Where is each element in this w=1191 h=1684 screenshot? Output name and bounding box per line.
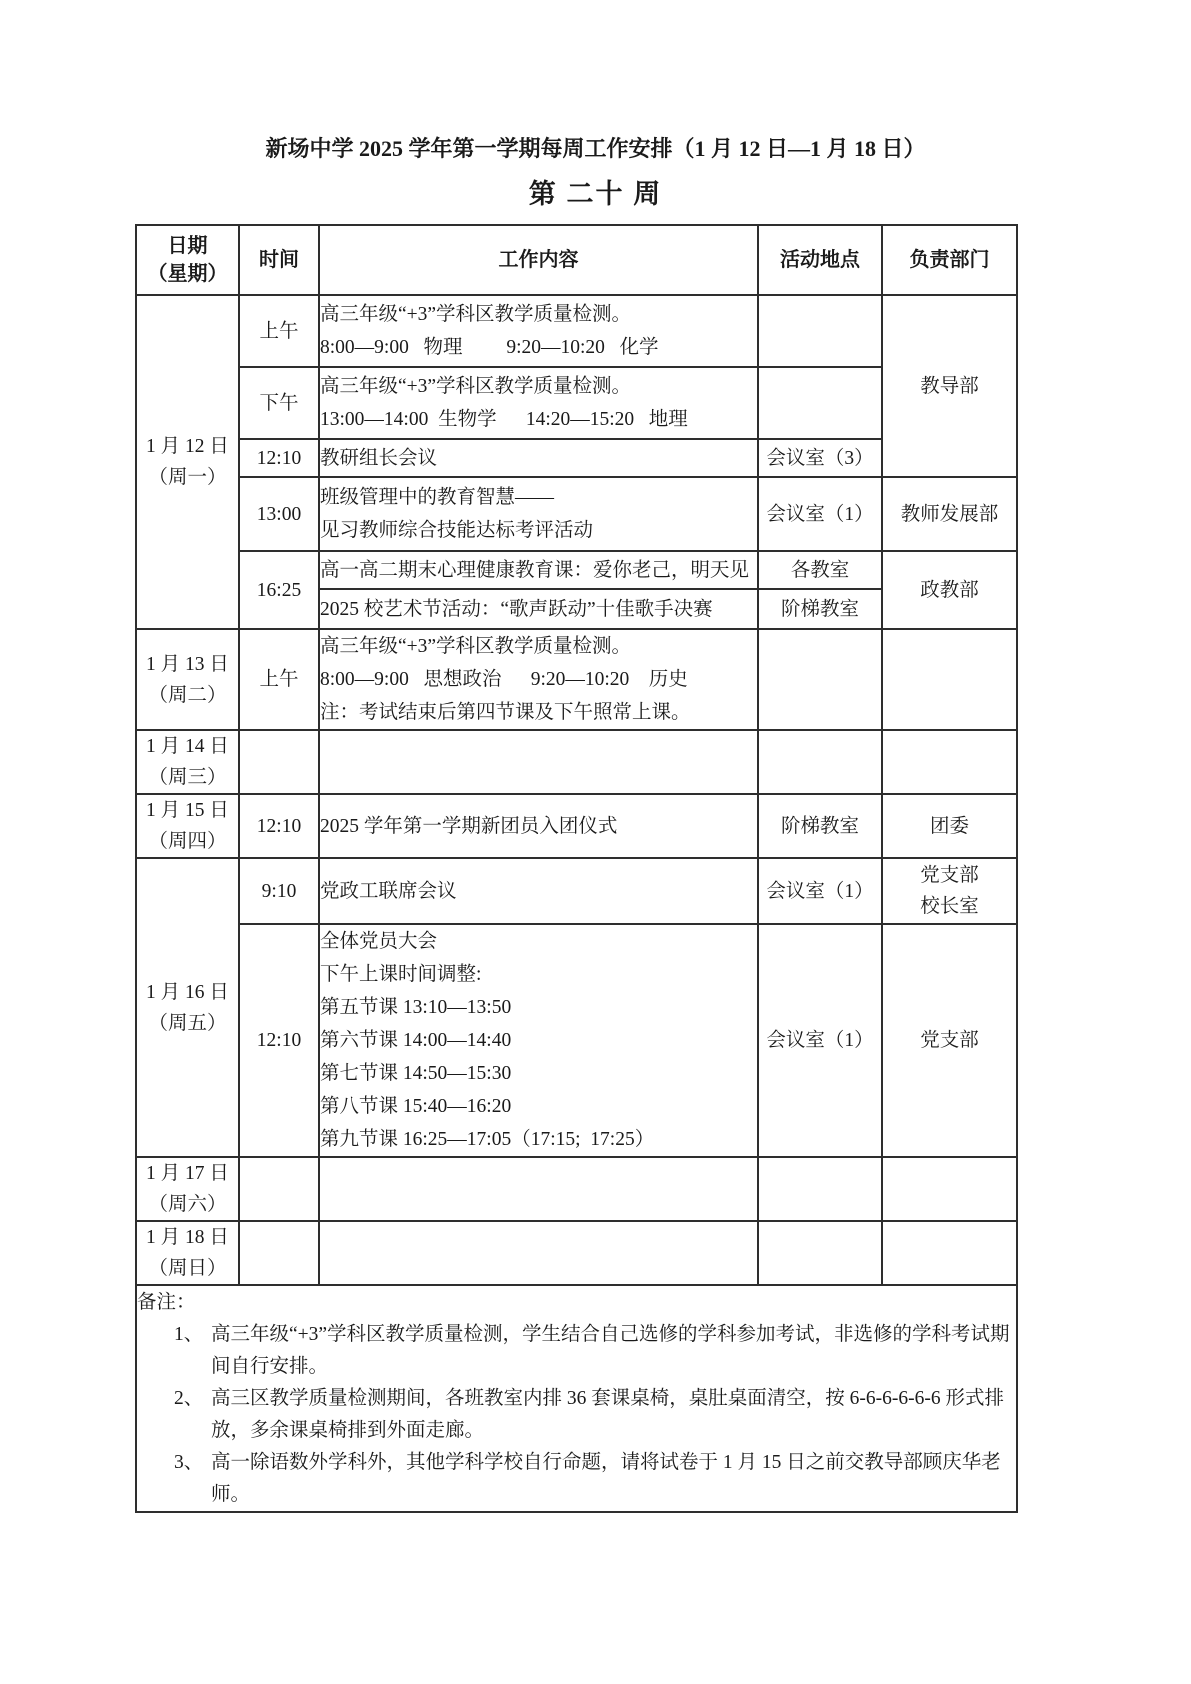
time-cell (239, 730, 319, 794)
content-line: 党政工联席会议 (320, 875, 757, 908)
row-mon-1625a: 16:25 高一高二期末心理健康教育课：爱你老己，明天见 各教室 政教部 (136, 551, 1017, 589)
content-line: 2025 学年第一学期新团员入团仪式 (320, 810, 757, 843)
location-cell: 会议室（3） (758, 439, 882, 477)
department-line: 党支部 (883, 860, 1016, 891)
row-mon-am: 1 月 12 日 （周一） 上午 高三年级“+3”学科区教学质量检测。 8:00… (136, 295, 1017, 367)
date-line1: 1 月 14 日 (137, 731, 238, 762)
time-cell: 下午 (239, 367, 319, 439)
header-date-line2: （星期） (137, 260, 238, 288)
date-line2: （周日） (137, 1253, 238, 1284)
content-cell: 高一高二期末心理健康教育课：爱你老己，明天见 (319, 551, 758, 589)
row-mon-1300: 13:00 班级管理中的教育智慧—— 见习教师综合技能达标考评活动 会议室（1）… (136, 477, 1017, 551)
content-cell: 教研组长会议 (319, 439, 758, 477)
content-line: 教研组长会议 (320, 442, 757, 475)
location-cell: 各教室 (758, 551, 882, 589)
location-cell (758, 1157, 882, 1221)
header-content: 工作内容 (319, 225, 758, 295)
department-cell (882, 1157, 1017, 1221)
doc-title: 新场中学 2025 学年第一学期每周工作安排（1 月 12 日—1 月 18 日… (0, 0, 1191, 164)
date-line1: 1 月 15 日 (137, 795, 238, 826)
header-location: 活动地点 (758, 225, 882, 295)
note-text: 高三年级“+3”学科区教学质量检测，学生结合自己选修的学科参加考试，非选修的学科… (211, 1319, 1016, 1383)
notes-label: 备注： (137, 1286, 1016, 1319)
time-cell (239, 1221, 319, 1285)
location-cell: 会议室（1） (758, 858, 882, 924)
location-cell (758, 367, 882, 439)
date-line1: 1 月 17 日 (137, 1158, 238, 1189)
time-cell: 上午 (239, 629, 319, 730)
date-line1: 1 月 13 日 (137, 649, 238, 680)
date-cell-sat: 1 月 17 日 （周六） (136, 1157, 239, 1221)
content-cell: 高三年级“+3”学科区教学质量检测。 8:00—9:00 物理 9:20—10:… (319, 295, 758, 367)
header-row: 日期 （星期） 时间 工作内容 活动地点 负责部门 (136, 225, 1017, 295)
content-line: 下午上课时间调整: (320, 958, 757, 991)
content-line: 8:00—9:00 思想政治 9:20—10:20 历史 (320, 663, 757, 696)
date-cell-fri: 1 月 16 日 （周五） (136, 858, 239, 1157)
note-number: 1、 (174, 1319, 211, 1383)
date-line2: （周五） (137, 1008, 238, 1039)
time-cell: 13:00 (239, 477, 319, 551)
department-cell: 团委 (882, 794, 1017, 858)
content-cell (319, 1157, 758, 1221)
time-cell: 12:10 (239, 794, 319, 858)
location-cell (758, 629, 882, 730)
content-line: 高三年级“+3”学科区教学质量检测。 (320, 298, 757, 331)
date-line2: （周二） (137, 680, 238, 711)
location-cell (758, 295, 882, 367)
date-line2: （周四） (137, 826, 238, 857)
time-cell: 16:25 (239, 551, 319, 629)
department-cell: 政教部 (882, 551, 1017, 629)
row-tue: 1 月 13 日 （周二） 上午 高三年级“+3”学科区教学质量检测。 8:00… (136, 629, 1017, 730)
content-line: 班级管理中的教育智慧—— (320, 481, 757, 514)
document-page: 新场中学 2025 学年第一学期每周工作安排（1 月 12 日—1 月 18 日… (0, 0, 1191, 1684)
time-cell: 9:10 (239, 858, 319, 924)
date-cell-sun: 1 月 18 日 （周日） (136, 1221, 239, 1285)
note-number: 2、 (174, 1383, 211, 1447)
location-cell: 阶梯教室 (758, 794, 882, 858)
note-item: 3、 高一除语数外学科外，其他学科学校自行命题，请将试卷于 1 月 15 日之前… (174, 1447, 1016, 1511)
department-cell: 党支部 校长室 (882, 858, 1017, 924)
content-line: 13:00—14:00 生物学 14:20—15:20 地理 (320, 403, 757, 436)
content-cell: 党政工联席会议 (319, 858, 758, 924)
content-cell: 2025 学年第一学期新团员入团仪式 (319, 794, 758, 858)
department-cell (882, 1221, 1017, 1285)
row-wed: 1 月 14 日 （周三） (136, 730, 1017, 794)
row-thu: 1 月 15 日 （周四） 12:10 2025 学年第一学期新团员入团仪式 阶… (136, 794, 1017, 858)
department-line: 校长室 (883, 891, 1016, 922)
location-cell: 会议室（1） (758, 477, 882, 551)
time-cell: 12:10 (239, 924, 319, 1157)
content-line: 第六节课 14:00—14:40 (320, 1024, 757, 1057)
content-line: 高一高二期末心理健康教育课：爱你老己，明天见 (320, 554, 757, 587)
row-notes: 备注： 1、 高三年级“+3”学科区教学质量检测，学生结合自己选修的学科参加考试… (136, 1285, 1017, 1512)
date-line1: 1 月 18 日 (137, 1222, 238, 1253)
content-cell: 全体党员大会 下午上课时间调整: 第五节课 13:10—13:50 第六节课 1… (319, 924, 758, 1157)
row-fri-1210: 12:10 全体党员大会 下午上课时间调整: 第五节课 13:10—13:50 … (136, 924, 1017, 1157)
header-department: 负责部门 (882, 225, 1017, 295)
note-number: 3、 (174, 1447, 211, 1511)
content-cell: 班级管理中的教育智慧—— 见习教师综合技能达标考评活动 (319, 477, 758, 551)
content-line: 高三年级“+3”学科区教学质量检测。 (320, 370, 757, 403)
department-cell: 教导部 (882, 295, 1017, 477)
row-sat: 1 月 17 日 （周六） (136, 1157, 1017, 1221)
content-cell (319, 1221, 758, 1285)
row-fri-910: 1 月 16 日 （周五） 9:10 党政工联席会议 会议室（1） 党支部 校长… (136, 858, 1017, 924)
time-cell (239, 1157, 319, 1221)
department-cell (882, 730, 1017, 794)
content-line: 2025 校艺术节活动：“歌声跃动”十佳歌手决赛 (320, 593, 757, 626)
note-item: 2、 高三区教学质量检测期间，各班教室内排 36 套课桌椅，桌肚桌面清空，按 6… (174, 1383, 1016, 1447)
content-line: 第五节课 13:10—13:50 (320, 991, 757, 1024)
location-cell (758, 1221, 882, 1285)
date-cell-wed: 1 月 14 日 （周三） (136, 730, 239, 794)
content-cell: 高三年级“+3”学科区教学质量检测。 8:00—9:00 思想政治 9:20—1… (319, 629, 758, 730)
week-title: 第 二十 周 (0, 177, 1191, 211)
schedule-table: 日期 （星期） 时间 工作内容 活动地点 负责部门 1 月 12 日 （周一） … (135, 224, 1018, 1513)
date-line2: （周六） (137, 1189, 238, 1220)
department-cell: 教师发展部 (882, 477, 1017, 551)
date-cell-thu: 1 月 15 日 （周四） (136, 794, 239, 858)
content-cell: 2025 校艺术节活动：“歌声跃动”十佳歌手决赛 (319, 589, 758, 629)
content-line: 第八节课 15:40—16:20 (320, 1090, 757, 1123)
date-cell-tue: 1 月 13 日 （周二） (136, 629, 239, 730)
content-cell (319, 730, 758, 794)
date-cell-mon: 1 月 12 日 （周一） (136, 295, 239, 629)
header-date-line1: 日期 (137, 232, 238, 260)
date-line2: （周三） (137, 762, 238, 793)
time-cell: 上午 (239, 295, 319, 367)
header-date: 日期 （星期） (136, 225, 239, 295)
time-cell: 12:10 (239, 439, 319, 477)
content-line: 高三年级“+3”学科区教学质量检测。 (320, 630, 757, 663)
content-line: 见习教师综合技能达标考评活动 (320, 514, 757, 547)
date-line2: （周一） (137, 462, 238, 493)
note-text: 高三区教学质量检测期间，各班教室内排 36 套课桌椅，桌肚桌面清空，按 6-6-… (211, 1383, 1016, 1447)
content-line: 8:00—9:00 物理 9:20—10:20 化学 (320, 331, 757, 364)
content-line: 全体党员大会 (320, 925, 757, 958)
note-item: 1、 高三年级“+3”学科区教学质量检测，学生结合自己选修的学科参加考试，非选修… (174, 1319, 1016, 1383)
content-cell: 高三年级“+3”学科区教学质量检测。 13:00—14:00 生物学 14:20… (319, 367, 758, 439)
notes-cell: 备注： 1、 高三年级“+3”学科区教学质量检测，学生结合自己选修的学科参加考试… (136, 1285, 1017, 1512)
row-sun: 1 月 18 日 （周日） (136, 1221, 1017, 1285)
department-cell (882, 629, 1017, 730)
date-line1: 1 月 16 日 (137, 977, 238, 1008)
location-cell: 会议室（1） (758, 924, 882, 1157)
location-cell: 阶梯教室 (758, 589, 882, 629)
content-line: 第九节课 16:25—17:05（17:15; 17:25） (320, 1123, 757, 1156)
department-cell: 党支部 (882, 924, 1017, 1157)
date-line1: 1 月 12 日 (137, 431, 238, 462)
location-cell (758, 730, 882, 794)
note-text: 高一除语数外学科外，其他学科学校自行命题，请将试卷于 1 月 15 日之前交教导… (211, 1447, 1016, 1511)
header-time: 时间 (239, 225, 319, 295)
content-line: 注：考试结束后第四节课及下午照常上课。 (320, 696, 757, 729)
content-line: 第七节课 14:50—15:30 (320, 1057, 757, 1090)
